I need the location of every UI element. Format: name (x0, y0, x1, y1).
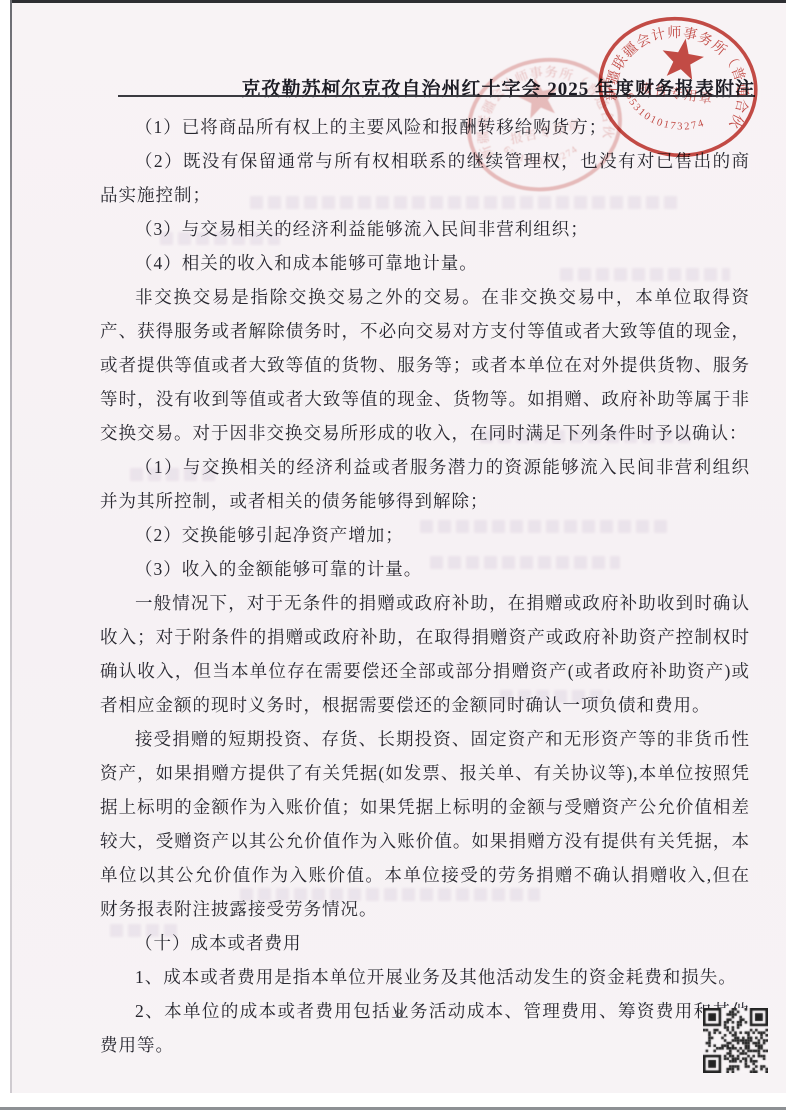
page-number: 8 (396, 1006, 403, 1022)
body-paragraph: 接受捐赠的短期投资、存货、长期投资、固定资产和无形资产等的非货币性资产，如果捐赠… (100, 722, 750, 926)
body-paragraph: 2、本单位的成本或者费用包括业务活动成本、管理费用、筹资费用和其他费用等。 (100, 994, 750, 1062)
scan-edge-bottom (0, 1107, 786, 1110)
body-paragraph: 一般情况下，对于无条件的捐赠或政府补助，在捐赠或政府补助收到时确认收入；对于附条… (100, 586, 750, 722)
scan-edge-left (10, 0, 12, 1093)
faint-seal-usage-text: 报告专用章 (509, 117, 583, 147)
body-paragraph: （十）成本或者费用 (100, 926, 750, 960)
body-paragraph: （3）与交易相关的经济利益能够流入民间非营利组织； (100, 212, 750, 246)
body-paragraph: （4）相关的收入和成本能够可靠地计量。 (100, 246, 750, 280)
accounting-firm-seal-stamp: 新疆联疆会计师事务所（普通合伙） 报告专用章 6531010173274 (583, 2, 773, 180)
body-paragraph: 非交换交易是指除交换交易之外的交易。在非交换交易中，本单位取得资产、获得服务或者… (100, 280, 750, 450)
scanned-financial-report-page: { "document": { "header_title": "克孜勒苏柯尔克… (0, 0, 786, 1114)
seal-usage-text: 报告专用章 (639, 80, 715, 107)
document-body: （1）已将商品所有权上的主要风险和报酬转移给购货方； （2）既没有保留通常与所有… (100, 110, 750, 1062)
body-paragraph: （1）与交换相关的经济利益或者服务潜力的资源能够流入民间非营利组织并为其所控制，… (100, 450, 750, 518)
body-paragraph: （3）收入的金额能够可靠的计量。 (100, 552, 750, 586)
qr-code (703, 1008, 768, 1073)
body-paragraph: 1、成本或者费用是指本单位开展业务及其他活动发生的资金耗费和损失。 (100, 960, 750, 994)
body-paragraph: （2）交换能够引起净资产增加； (100, 518, 750, 552)
scan-margin-bottom (0, 1093, 786, 1114)
